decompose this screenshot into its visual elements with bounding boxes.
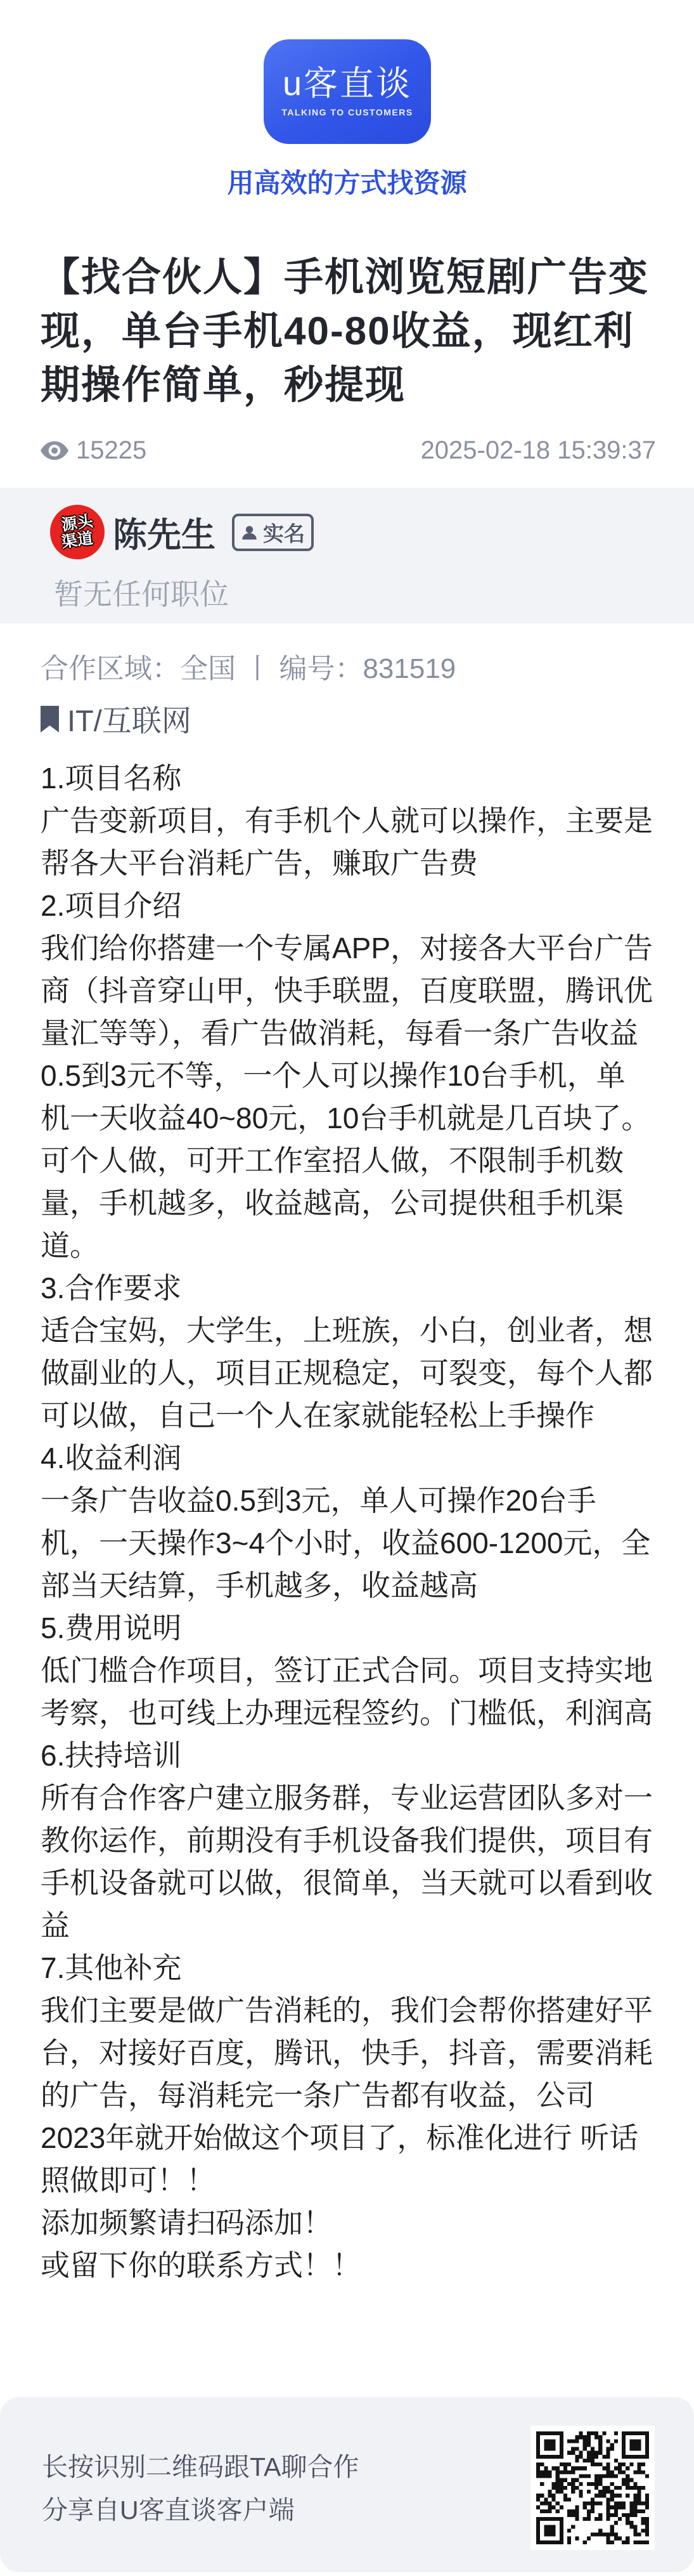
qr-code[interactable] xyxy=(530,2426,655,2550)
share-footer: 长按识别二维码跟TA聊合作 分享自U客直谈客户端 xyxy=(0,2397,694,2572)
category-label: IT/互联网 xyxy=(67,698,191,740)
qr-code-pattern xyxy=(536,2431,649,2544)
realname-verified-badge: 实名 xyxy=(232,514,314,551)
footer-line1: 长按识别二维码跟TA聊合作 xyxy=(42,2445,359,2488)
realname-label: 实名 xyxy=(263,517,305,547)
post-detail-page: u客直谈 TALKING TO CUSTOMERS 用高效的方式找资源 【找合伙… xyxy=(0,0,694,2576)
publisher-avatar[interactable]: 源头 渠道 xyxy=(50,505,105,559)
avatar-badge-line2: 渠道 xyxy=(60,530,94,552)
publisher-section: 源头 渠道 陈先生 实名 暂无任何职位 xyxy=(0,488,694,623)
category-row: IT/互联网 xyxy=(41,698,191,740)
person-icon xyxy=(241,524,258,541)
post-title: 【找合伙人】手机浏览短剧广告变现，单台手机40-80收益，现红利期操作简单，秒提… xyxy=(41,250,653,412)
bookmark-icon xyxy=(41,706,59,732)
app-tagline: 用高效的方式找资源 xyxy=(0,162,694,200)
footer-text: 长按识别二维码跟TA聊合作 分享自U客直谈客户端 xyxy=(42,2445,359,2532)
view-count: 15225 xyxy=(41,436,146,465)
post-body-text: 1.项目名称 广告变新项目，有手机个人就可以操作，主要是帮各大平台消耗广告，赚取… xyxy=(41,757,653,2287)
app-logo: u客直谈 TALKING TO CUSTOMERS xyxy=(264,39,431,144)
app-logo-subtext: TALKING TO CUSTOMERS xyxy=(281,107,413,117)
publisher-name: 陈先生 xyxy=(113,508,215,557)
footer-line2: 分享自U客直谈客户端 xyxy=(42,2488,359,2532)
coop-region-number: 合作区域：全国 丨 编号：831519 xyxy=(41,646,456,686)
publisher-name-row: 陈先生 实名 xyxy=(113,505,314,559)
post-stats-row: 15225 2025-02-18 15:39:37 xyxy=(41,436,656,465)
post-timestamp: 2025-02-18 15:39:37 xyxy=(421,436,656,465)
eye-icon xyxy=(41,441,68,460)
publisher-role: 暂无任何职位 xyxy=(54,571,229,613)
app-logo-text: u客直谈 xyxy=(283,66,412,102)
view-count-value: 15225 xyxy=(76,436,146,465)
